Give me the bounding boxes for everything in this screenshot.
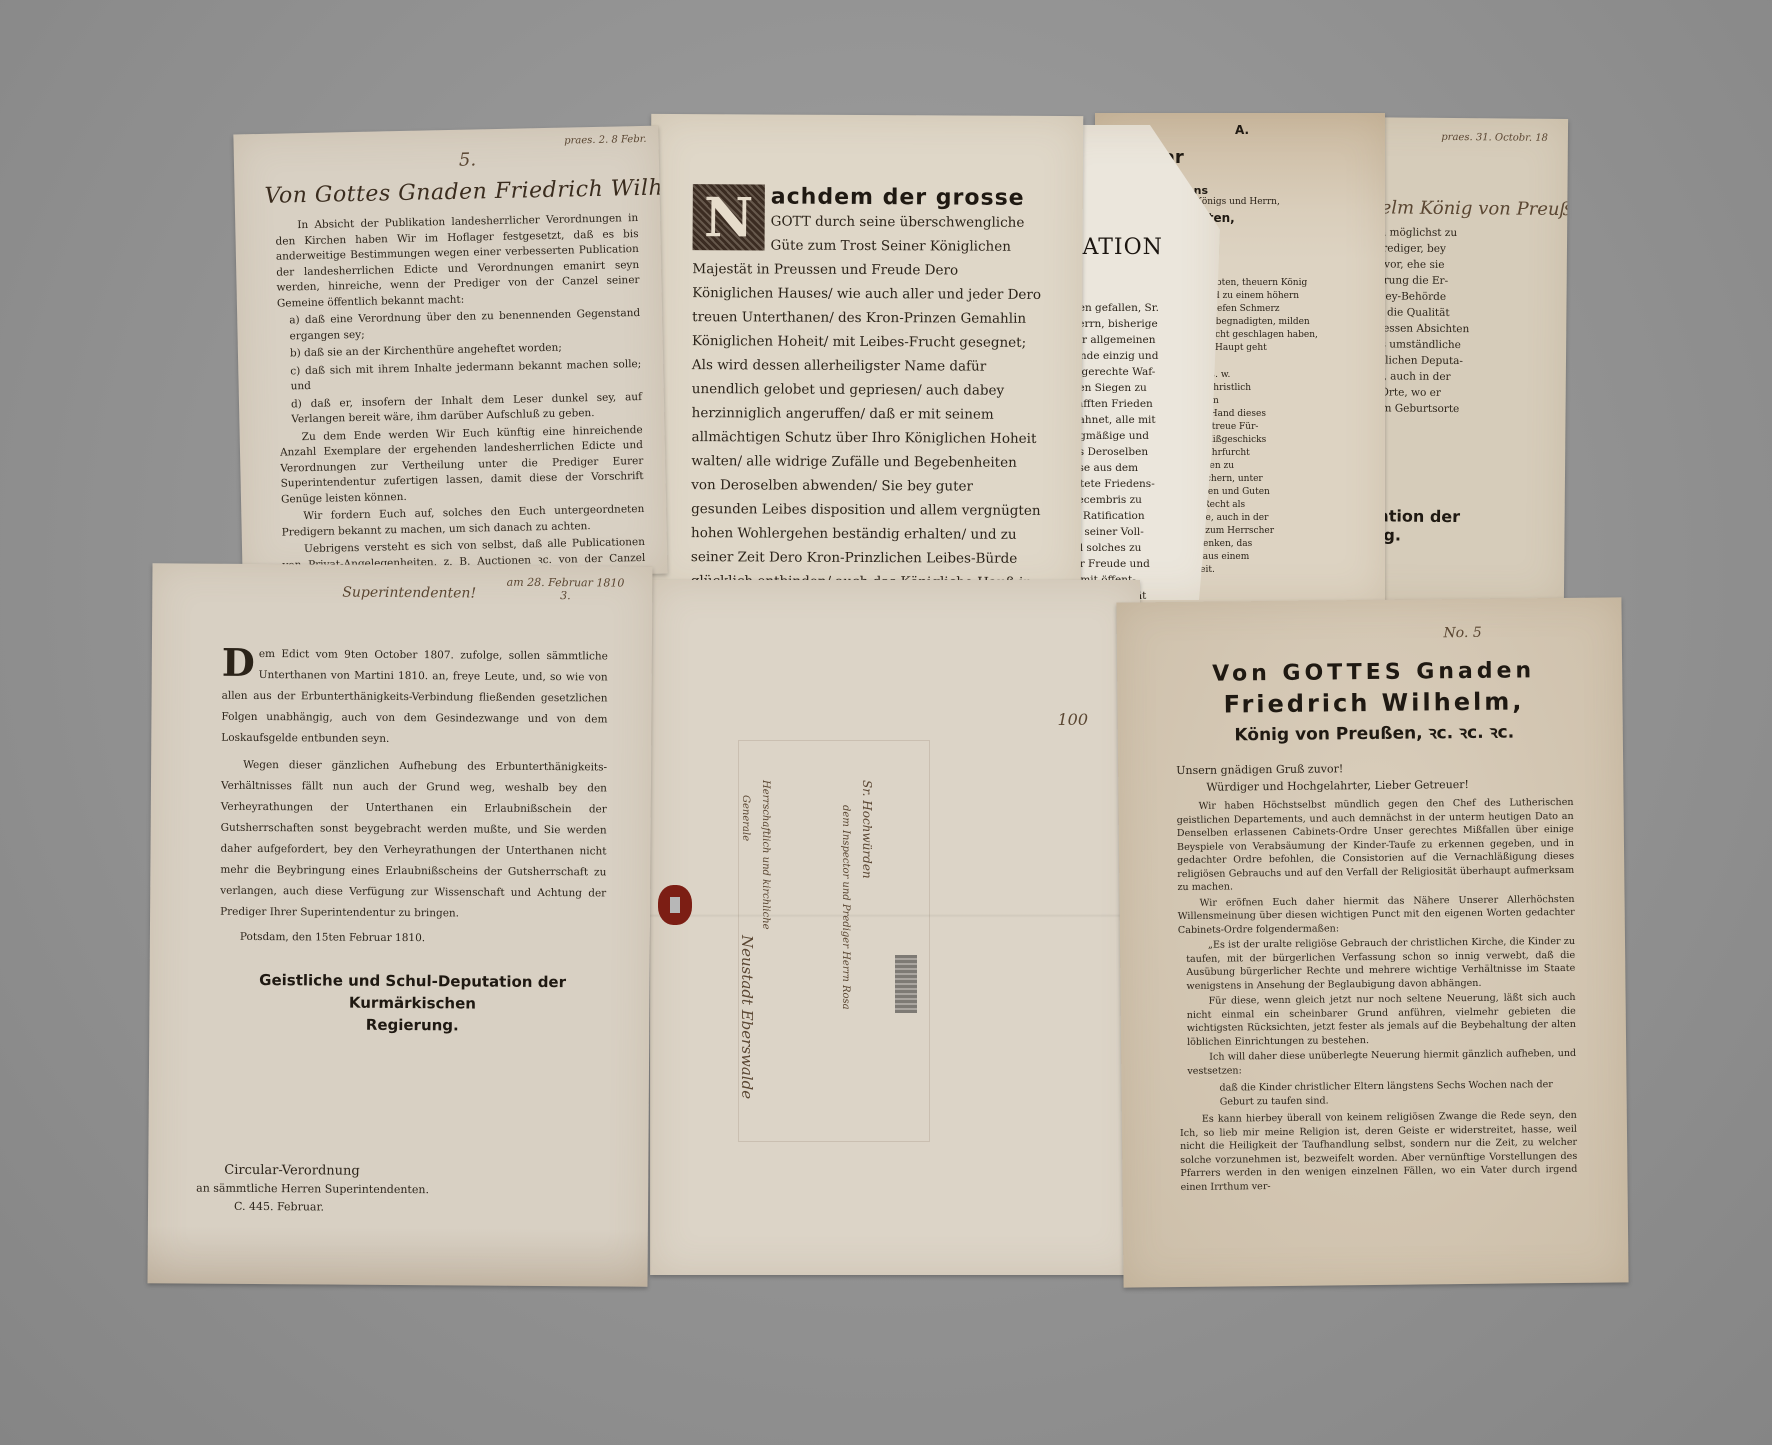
reference-number: No. 5 [1443,625,1481,641]
postal-stamp [895,955,917,1013]
ornamental-initial: N [693,184,765,250]
handwritten-date-note: praes. 2. 8 Febr. [564,134,647,147]
document-date: Potsdam, den 15ten Februar 1810. [240,931,606,946]
footer-recipient: an sämmtliche Herren Superintendenten. [196,1180,429,1200]
paragraph: Zu dem Ende werden Wir Euch künftig eine… [280,422,645,507]
handwritten-date-note: am 28. Februar 1810 3. [507,576,625,603]
paragraph: Wegen dieser gänzlichen Aufhebung des Er… [220,755,607,926]
quote-paragraph: „Es ist der uralte religiöse Gebrauch de… [1178,935,1576,993]
signature-block: Geistliche und Schul-Deputation der Kurm… [219,969,605,1038]
document-bottom-left: Superintendenten! am 28. Februar 1810 3.… [147,563,652,1286]
address-line: Sr. Hochwürden [860,780,874,879]
text-line: lgte Ratification [1059,508,1214,524]
text-line: mit Recht als [1185,499,1360,512]
signature-line: Regierung. [219,1013,605,1038]
text-line: billigmäßige und [1059,428,1214,444]
decree-text: daß die Kinder christlicher Eltern längs… [1179,1078,1576,1109]
address-line: Generale [740,795,751,841]
text-line: ene gerechte Waf- [1059,364,1214,380]
text-line: und zum Herrscher [1185,525,1360,538]
paragraph: Wir eröfnen Euch daher hiermit das Näher… [1178,892,1575,937]
text-line: n Herrn, bisherige [1059,316,1214,332]
paragraph-text: em Edict vom 9ten October 1807. zufolge,… [221,648,608,745]
signature-line: Geistliche und Schul-Deputation der Kurm… [219,969,605,1016]
paragraph: D em Edict vom 9ten October 1807. zufolg… [221,644,608,752]
document-bottom-right: No. 5 Von GOTTES Gnaden Friedrich Wilhel… [1116,597,1628,1287]
text-line: n als Deroselben [1059,444,1214,460]
text-line: heute, auch in der [1185,512,1360,525]
text-line: wird solches zu [1059,540,1214,556]
text-line: g der allgemeinen [1059,332,1214,348]
calligraphic-heading: Von Gottes Gnaden Friedrich Wilhelm Köni… [264,176,637,209]
text-line: n Decembris zu [1059,492,1214,508]
footer-title: Circular-Verordnung [196,1162,429,1182]
document-footer: Circular-Verordnung an sämmtliche Herren… [196,1162,429,1218]
drop-cap: D [222,644,255,682]
address-line: dem Inspector und Prediger Herrn Rosa [840,805,851,1010]
text-line: erlande einzig und [1059,348,1214,364]
text-line: Weise aus dem [1059,460,1214,476]
paragraph: Wir fordern Euch auf, solches den Euch u… [281,502,645,541]
document-text: GOTT durch seine überschwengliche Güte z… [691,209,1043,594]
text-line: r zur Freude und [1059,556,1214,572]
footer-reference: C. 445. Februar. [196,1198,429,1218]
salutation: Würdiger und Hochgelahrter, Lieber Getre… [1206,777,1573,794]
quote-paragraph: Für diese, wenn gleich jetzt nur noch se… [1179,991,1577,1049]
text-line: Andenken, das [1185,538,1360,551]
quote-paragraph: Ich will daher diese unüberlegte Neuerun… [1179,1047,1576,1078]
text-line: lichen Siegen zu [1059,380,1214,396]
document-text: naden gefallen, Sr. n Herrn, bisherige g… [1059,300,1214,600]
paragraph: In Absicht der Publikation landesherrlic… [275,211,640,312]
paragraph: Wir haben Höchstselbst mündlich gegen de… [1176,796,1574,895]
text-line: arkeit. [1185,564,1360,577]
list-item: d) daß er, insofern der Inhalt dem Leser… [279,390,643,429]
paragraph: Es kann hierbey überall von keinem relig… [1180,1109,1578,1194]
page-number: 5. [459,149,477,170]
wax-seal-left [658,885,692,925]
text-line: k zu seiner Voll- [1059,524,1214,540]
reference-number: 3. [507,589,625,603]
handwritten-address: Superintendenten! [342,585,476,602]
page-number: 100 [1057,710,1088,729]
heading-line: Von GOTTES Gnaden [1175,658,1572,687]
text-line: Frieden zu [1185,460,1360,473]
text-line: erhafften Frieden [1059,396,1214,412]
greeting: Unsern gnädigen Gruß zuvor! [1176,760,1573,777]
date-note: am 28. Februar 1810 [507,576,625,590]
document-label: A. [1235,123,1249,137]
list-item: a) daß eine Verordnung über den zu benen… [277,306,641,345]
handwritten-date-note: praes. 31. Octobr. 18 [1441,132,1548,144]
document-folded-letter: 100 Sr. Hochwürden dem Inspector und Pre… [650,580,1140,1275]
heading-line: Friedrich Wilhelm, [1175,687,1572,719]
text-line: Großen und Guten [1185,486,1360,499]
address-line: Neustadt Eberswalde [738,935,756,1099]
document-top-left: 5. praes. 2. 8 Febr. Von Gottes Gnaden F… [233,126,667,583]
text-line: zu sichern, unter [1185,473,1360,486]
list-item: c) daß sich mit ihrem Inhalte jedermann … [278,357,642,396]
document-top-center: N achdem der grosse GOTT durch seine übe… [649,114,1083,594]
text-line: wir aus einem [1185,551,1360,564]
address-line: Herrschaftlich und kirchliche [760,780,771,930]
text-line: richtete Friedens- [1059,476,1214,492]
heading-line: König von Preußen, ꝛc. ꝛc. ꝛc. [1176,719,1573,746]
text-line: gebahnet, alle mit [1059,412,1214,428]
